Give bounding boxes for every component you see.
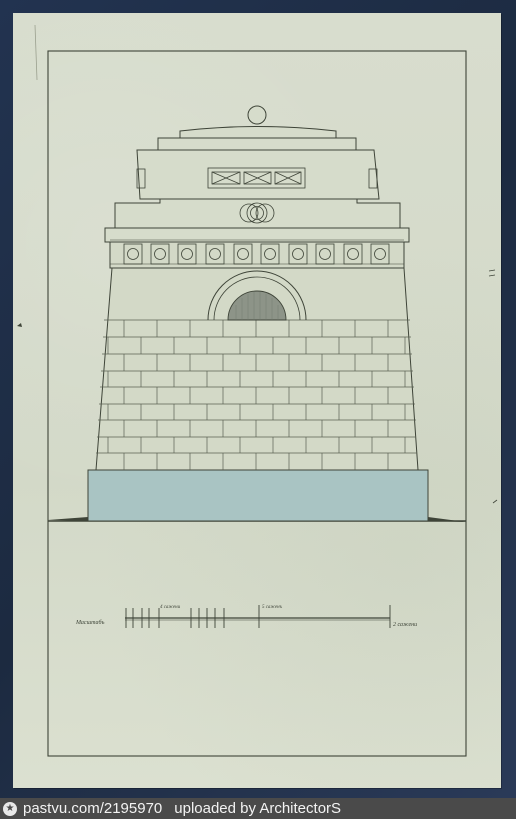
scale-tick-label-1: 4 сажени [160,605,181,610]
photo-url-link[interactable]: pastvu.com/2195970 [23,798,162,819]
uploader-text: uploaded by ArchitectorS [174,798,341,819]
source-footer: ★ pastvu.com/2195970 uploaded by Archite… [0,798,516,819]
pastvu-logo-icon: ★ [3,802,17,816]
step-1 [180,127,336,139]
step-2 [158,138,356,150]
roundel-frieze [110,242,404,268]
scale-right-label: 2 сажени [393,622,417,628]
plinth [88,470,428,521]
upper-block [137,150,379,199]
elevation-drawing: Масштабъ 4 сажени 5 саженъ 2 сажени [0,0,516,798]
finial-sphere [248,106,266,124]
scale-left-label: Масштабъ [75,619,105,626]
scale-tick-label-2: 5 саженъ [262,605,283,610]
